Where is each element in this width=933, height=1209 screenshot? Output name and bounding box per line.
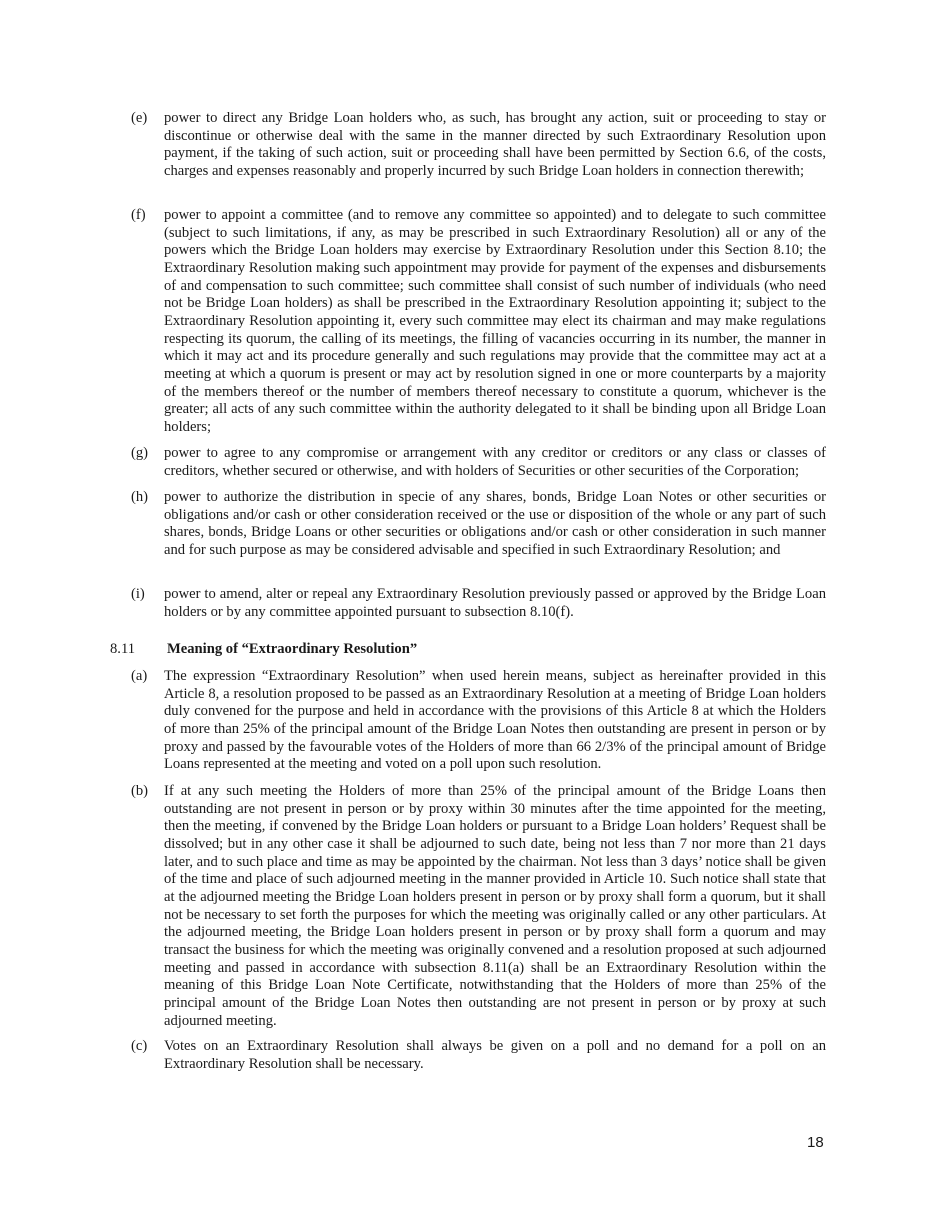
clause-8-11-c: (c) Votes on an Extraordinary Resolution…	[131, 1038, 826, 1073]
clause-text: power to agree to any compromise or arra…	[164, 445, 826, 480]
clause-label: (a)	[131, 668, 161, 686]
clause-label: (h)	[131, 489, 161, 507]
clause-text: If at any such meeting the Holders of mo…	[164, 783, 826, 1030]
clause-label: (c)	[131, 1038, 161, 1056]
page-number: 18	[807, 1134, 824, 1152]
section-number: 8.11	[110, 640, 135, 658]
clause-text: power to direct any Bridge Loan holders …	[164, 110, 826, 181]
clause-label: (f)	[131, 207, 161, 225]
clause-text: power to appoint a committee (and to rem…	[164, 207, 826, 437]
clause-text: power to amend, alter or repeal any Extr…	[164, 586, 826, 621]
clause-text: power to authorize the distribution in s…	[164, 489, 826, 560]
clause-8-11-b: (b) If at any such meeting the Holders o…	[131, 783, 826, 1030]
clause-8-10-h: (h) power to authorize the distribution …	[131, 489, 826, 560]
clause-8-10-f: (f) power to appoint a committee (and to…	[131, 207, 826, 437]
clause-label: (g)	[131, 445, 161, 463]
clause-label: (i)	[131, 586, 161, 604]
clause-8-10-i: (i) power to amend, alter or repeal any …	[131, 586, 826, 621]
section-title: Meaning of “Extraordinary Resolution”	[167, 640, 417, 658]
clause-8-10-e: (e) power to direct any Bridge Loan hold…	[131, 110, 826, 181]
document-page: (e) power to direct any Bridge Loan hold…	[0, 0, 933, 1209]
clause-text: The expression “Extraordinary Resolution…	[164, 668, 826, 774]
clause-8-10-g: (g) power to agree to any compromise or …	[131, 445, 826, 480]
clause-8-11-a: (a) The expression “Extraordinary Resolu…	[131, 668, 826, 774]
clause-label: (b)	[131, 783, 161, 801]
clause-label: (e)	[131, 110, 161, 128]
clause-text: Votes on an Extraordinary Resolution sha…	[164, 1038, 826, 1073]
